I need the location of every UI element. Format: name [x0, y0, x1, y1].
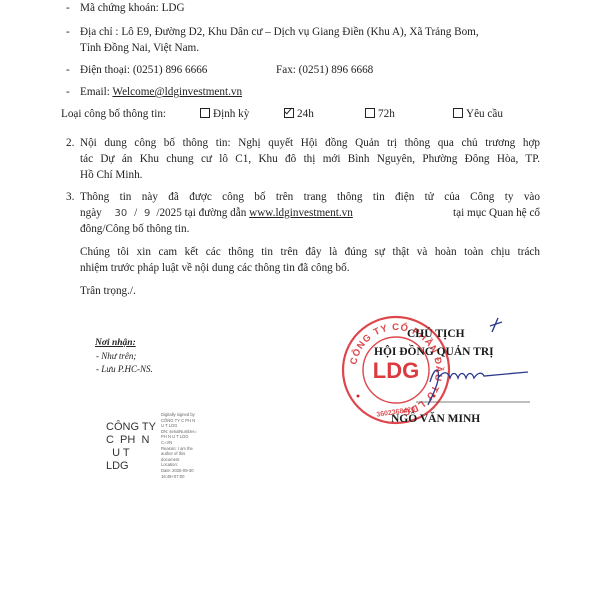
- item-2-line-1: Nội dung công bố thông tin: Nghị quyết H…: [80, 137, 540, 149]
- option-label: 24h: [297, 108, 314, 120]
- handwritten-day: 30: [115, 208, 128, 219]
- handwritten-signature: [410, 310, 540, 420]
- item-3-line-3: đông/Công bố thông tin.: [80, 223, 189, 235]
- option-72h[interactable]: 72h: [365, 108, 395, 120]
- checkbox-icon[interactable]: [365, 108, 375, 118]
- commitment-line-1: Chúng tôi xin cam kết các thông tin trên…: [80, 246, 540, 258]
- recipient-item: - Lưu P.HC-NS.: [96, 364, 153, 374]
- website-link[interactable]: www.ldginvestment.vn: [249, 207, 353, 219]
- option-periodic[interactable]: Định kỳ: [200, 108, 249, 120]
- bullet: -: [66, 26, 70, 38]
- date-suffix: tại mục Quan hệ cổ: [453, 207, 540, 219]
- item-3-line-2: ngày 30 / 9/2025 tại đường dẫn www.ldgin…: [80, 207, 540, 219]
- option-on-request[interactable]: Yêu cầu: [453, 108, 503, 120]
- checkbox-icon[interactable]: [200, 108, 210, 118]
- digital-signature-details: Digitally signed by CÔNG TY C PH N U T L…: [161, 412, 197, 479]
- stock-code: Mã chứng khoán: LDG: [80, 2, 185, 14]
- option-label: 72h: [378, 108, 395, 120]
- date-year: /2025 tại đường dẫn: [156, 207, 249, 219]
- item-2-line-2: tác Dự án Khu chung cư lô C1, Khu đô thị…: [80, 153, 540, 165]
- item-number: 2.: [66, 137, 74, 149]
- phone: Điện thoại: (0251) 896 6666: [80, 64, 207, 76]
- date-separator: /: [134, 207, 137, 219]
- email-label: Email:: [80, 86, 112, 98]
- address-line-1: Địa chỉ : Lô E9, Đường D2, Khu Dân cư – …: [80, 26, 479, 38]
- bullet: -: [66, 2, 70, 14]
- address-line-2: Tỉnh Đồng Nai, Việt Nam.: [80, 42, 199, 54]
- fax: Fax: (0251) 896 6668: [276, 64, 373, 76]
- email-row: Email: Welcome@ldginvestment.vn: [80, 86, 242, 98]
- bullet: -: [66, 64, 70, 76]
- option-24h[interactable]: 24h: [284, 108, 314, 120]
- date-prefix: ngày: [80, 207, 105, 219]
- closing: Trân trọng./.: [80, 285, 136, 297]
- signatory-name: NGÔ VĂN MINH: [391, 413, 480, 425]
- item-number: 3.: [66, 191, 74, 203]
- bullet: -: [66, 86, 70, 98]
- commitment-line-2: nhiệm trước pháp luật về nội dung các th…: [80, 262, 350, 274]
- handwritten-month: 9: [144, 208, 150, 219]
- checkbox-checked-icon[interactable]: [284, 108, 294, 118]
- disclosure-type-label: Loại công bố thông tin:: [61, 108, 166, 120]
- item-3-line-1: Thông tin này đã được công bố trên trang…: [80, 191, 540, 203]
- checkbox-icon[interactable]: [453, 108, 463, 118]
- item-2-line-3: Hồ Chí Minh.: [80, 169, 142, 181]
- recipients-title: Nơi nhận:: [95, 338, 136, 348]
- option-label: Định kỳ: [213, 108, 249, 120]
- recipient-item: - Như trên;: [96, 351, 136, 361]
- digital-signature-name: CÔNG TY C PH N U T LDG: [106, 421, 156, 473]
- email-link[interactable]: Welcome@ldginvestment.vn: [112, 86, 242, 98]
- option-label: Yêu cầu: [466, 108, 503, 120]
